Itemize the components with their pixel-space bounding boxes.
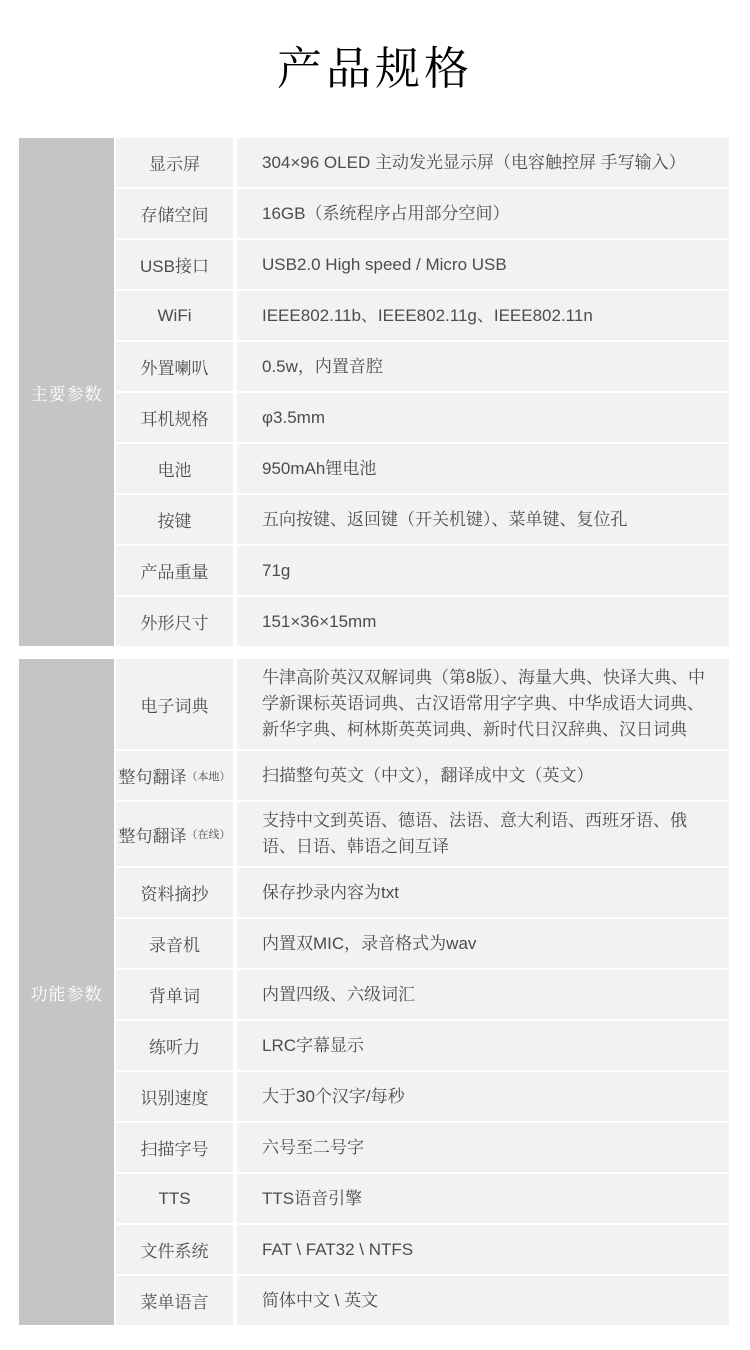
spec-value: 950mAh锂电池 — [237, 444, 729, 493]
spec-label-text: TTS — [158, 1189, 190, 1209]
spec-label-text: 扫描字号 — [141, 1135, 209, 1160]
page-title: 产品规格 — [0, 0, 750, 138]
spec-label-text: 存储空间 — [141, 201, 209, 226]
spec-row: 文件系统FAT \ FAT32 \ NTFS — [116, 1225, 729, 1274]
spec-value-text: 扫描整句英文（中文），翻译成中文（英文） — [262, 763, 594, 789]
spec-row: 电池950mAh锂电池 — [116, 444, 729, 493]
spec-label-text: 电子词典 — [141, 692, 209, 717]
spec-value-text: TTS语音引擎 — [262, 1186, 362, 1212]
spec-label: WiFi — [116, 291, 233, 340]
spec-label-text: 耳机规格 — [141, 405, 209, 430]
spec-label: 耳机规格 — [116, 393, 233, 442]
spec-row: 产品重量71g — [116, 546, 729, 595]
spec-value-text: 牛津高阶英汉双解词典（第8版）、海量大典、快译大典、中学新课标英语词典、古汉语常… — [262, 665, 713, 743]
spec-value-text: USB2.0 High speed / Micro USB — [262, 252, 507, 278]
spec-label-text: 录音机 — [149, 931, 200, 956]
spec-label-suffix: （在线） — [187, 826, 231, 842]
spec-label-text: 识别速度 — [141, 1084, 209, 1109]
spec-value-text: φ3.5mm — [262, 405, 325, 431]
spec-label-text: 电池 — [158, 456, 192, 481]
spec-label: 外置喇叭 — [116, 342, 233, 391]
spec-label: 练听力 — [116, 1021, 233, 1070]
spec-row: 录音机内置双MIC，录音格式为wav — [116, 919, 729, 968]
spec-row: 识别速度大于30个汉字/每秒 — [116, 1072, 729, 1121]
spec-label-text: 按键 — [158, 507, 192, 532]
spec-row: 菜单语言简体中文 \ 英文 — [116, 1276, 729, 1325]
spec-value: φ3.5mm — [237, 393, 729, 442]
spec-row: WiFiIEEE802.11b、IEEE802.11g、IEEE802.11n — [116, 291, 729, 340]
section-name: 功能参数 — [31, 980, 103, 1005]
spec-value: 简体中文 \ 英文 — [237, 1276, 729, 1325]
spec-label-text: WiFi — [158, 306, 192, 326]
spec-value: 151×36×15mm — [237, 597, 729, 646]
spec-label: 整句翻译（本地） — [116, 751, 233, 800]
spec-section: 功能参数电子词典牛津高阶英汉双解词典（第8版）、海量大典、快译大典、中学新课标英… — [19, 659, 729, 1325]
spec-value: USB2.0 High speed / Micro USB — [237, 240, 729, 289]
spec-row: 背单词内置四级、六级词汇 — [116, 970, 729, 1019]
spec-value: 0.5w，内置音腔 — [237, 342, 729, 391]
spec-row: 耳机规格φ3.5mm — [116, 393, 729, 442]
section-sidebar-label: 主要参数 — [19, 138, 114, 646]
spec-label-text: 整句翻译 — [119, 822, 187, 847]
spec-value-text: 内置四级、六级词汇 — [262, 982, 415, 1008]
spec-label: 外形尺寸 — [116, 597, 233, 646]
spec-row: 资料摘抄保存抄录内容为txt — [116, 868, 729, 917]
spec-label-text: 外形尺寸 — [141, 609, 209, 634]
spec-value: 扫描整句英文（中文），翻译成中文（英文） — [237, 751, 729, 800]
section-name: 主要参数 — [31, 380, 103, 405]
spec-label: 录音机 — [116, 919, 233, 968]
spec-row: TTSTTS语音引擎 — [116, 1174, 729, 1223]
spec-value-text: 大于30个汉字/每秒 — [262, 1084, 405, 1110]
spec-value-text: 五向按键、返回键（开关机键）、菜单键、复位孔 — [262, 507, 628, 533]
spec-label-text: 产品重量 — [141, 558, 209, 583]
spec-row: USB接口USB2.0 High speed / Micro USB — [116, 240, 729, 289]
product-spec-page: 产品规格 主要参数显示屏304×96 OLED 主动发光显示屏（电容触控屏 手写… — [0, 0, 750, 1350]
spec-label: 电池 — [116, 444, 233, 493]
spec-label-text: 文件系统 — [141, 1237, 209, 1262]
spec-value-text: 304×96 OLED 主动发光显示屏（电容触控屏 手写输入） — [262, 150, 686, 176]
spec-value: 五向按键、返回键（开关机键）、菜单键、复位孔 — [237, 495, 729, 544]
spec-table: 主要参数显示屏304×96 OLED 主动发光显示屏（电容触控屏 手写输入）存储… — [19, 138, 729, 1325]
spec-value: FAT \ FAT32 \ NTFS — [237, 1225, 729, 1274]
spec-value: 保存抄录内容为txt — [237, 868, 729, 917]
spec-value: 304×96 OLED 主动发光显示屏（电容触控屏 手写输入） — [237, 138, 729, 187]
spec-value-text: 950mAh锂电池 — [262, 456, 376, 482]
spec-value-text: 0.5w，内置音腔 — [262, 354, 383, 380]
spec-value-text: 支持中文到英语、德语、法语、意大利语、西班牙语、俄语、日语、韩语之间互译 — [262, 808, 713, 860]
spec-label: 整句翻译（在线） — [116, 802, 233, 866]
spec-row: 显示屏304×96 OLED 主动发光显示屏（电容触控屏 手写输入） — [116, 138, 729, 187]
spec-label: 资料摘抄 — [116, 868, 233, 917]
spec-value: 支持中文到英语、德语、法语、意大利语、西班牙语、俄语、日语、韩语之间互译 — [237, 802, 729, 866]
spec-value: 六号至二号字 — [237, 1123, 729, 1172]
spec-row: 外形尺寸151×36×15mm — [116, 597, 729, 646]
spec-label-text: 练听力 — [149, 1033, 200, 1058]
spec-value: 16GB（系统程序占用部分空间） — [237, 189, 729, 238]
spec-value: 内置双MIC，录音格式为wav — [237, 919, 729, 968]
spec-value: LRC字幕显示 — [237, 1021, 729, 1070]
spec-label: 文件系统 — [116, 1225, 233, 1274]
spec-rows: 电子词典牛津高阶英汉双解词典（第8版）、海量大典、快译大典、中学新课标英语词典、… — [116, 659, 729, 1325]
spec-value-text: LRC字幕显示 — [262, 1033, 364, 1059]
spec-label-text: 显示屏 — [149, 150, 200, 175]
spec-value-text: IEEE802.11b、IEEE802.11g、IEEE802.11n — [262, 303, 593, 329]
spec-value-text: 16GB（系统程序占用部分空间） — [262, 201, 509, 227]
spec-row: 按键五向按键、返回键（开关机键）、菜单键、复位孔 — [116, 495, 729, 544]
spec-rows: 显示屏304×96 OLED 主动发光显示屏（电容触控屏 手写输入）存储空间16… — [116, 138, 729, 646]
spec-row: 整句翻译（本地）扫描整句英文（中文），翻译成中文（英文） — [116, 751, 729, 800]
spec-label: 菜单语言 — [116, 1276, 233, 1325]
spec-label-text: 资料摘抄 — [141, 880, 209, 905]
spec-value: 大于30个汉字/每秒 — [237, 1072, 729, 1121]
spec-value-text: FAT \ FAT32 \ NTFS — [262, 1237, 413, 1263]
spec-row: 扫描字号六号至二号字 — [116, 1123, 729, 1172]
spec-row: 存储空间16GB（系统程序占用部分空间） — [116, 189, 729, 238]
spec-label-text: 菜单语言 — [141, 1288, 209, 1313]
spec-label-text: USB接口 — [140, 252, 209, 277]
spec-value-text: 简体中文 \ 英文 — [262, 1288, 378, 1314]
spec-label: 存储空间 — [116, 189, 233, 238]
spec-value-text: 内置双MIC，录音格式为wav — [262, 931, 476, 957]
spec-label: 识别速度 — [116, 1072, 233, 1121]
spec-row: 电子词典牛津高阶英汉双解词典（第8版）、海量大典、快译大典、中学新课标英语词典、… — [116, 659, 729, 749]
spec-value: TTS语音引擎 — [237, 1174, 729, 1223]
spec-label-text: 背单词 — [149, 982, 200, 1007]
spec-label: 扫描字号 — [116, 1123, 233, 1172]
spec-row: 外置喇叭0.5w，内置音腔 — [116, 342, 729, 391]
spec-value-text: 六号至二号字 — [262, 1135, 364, 1161]
spec-value: 71g — [237, 546, 729, 595]
spec-value-text: 151×36×15mm — [262, 609, 376, 635]
spec-label: 按键 — [116, 495, 233, 544]
spec-value: 内置四级、六级词汇 — [237, 970, 729, 1019]
spec-value: 牛津高阶英汉双解词典（第8版）、海量大典、快译大典、中学新课标英语词典、古汉语常… — [237, 659, 729, 749]
section-sidebar-label: 功能参数 — [19, 659, 114, 1325]
spec-label-text: 外置喇叭 — [141, 354, 209, 379]
spec-value-text: 保存抄录内容为txt — [262, 880, 399, 906]
spec-value-text: 71g — [262, 558, 290, 584]
spec-row: 整句翻译（在线）支持中文到英语、德语、法语、意大利语、西班牙语、俄语、日语、韩语… — [116, 802, 729, 866]
spec-label-suffix: （本地） — [187, 768, 231, 784]
spec-label: 背单词 — [116, 970, 233, 1019]
spec-label-text: 整句翻译 — [119, 763, 187, 788]
spec-row: 练听力LRC字幕显示 — [116, 1021, 729, 1070]
spec-label: 电子词典 — [116, 659, 233, 749]
spec-section: 主要参数显示屏304×96 OLED 主动发光显示屏（电容触控屏 手写输入）存储… — [19, 138, 729, 646]
spec-label: USB接口 — [116, 240, 233, 289]
spec-label: TTS — [116, 1174, 233, 1223]
spec-value: IEEE802.11b、IEEE802.11g、IEEE802.11n — [237, 291, 729, 340]
spec-label: 产品重量 — [116, 546, 233, 595]
spec-label: 显示屏 — [116, 138, 233, 187]
